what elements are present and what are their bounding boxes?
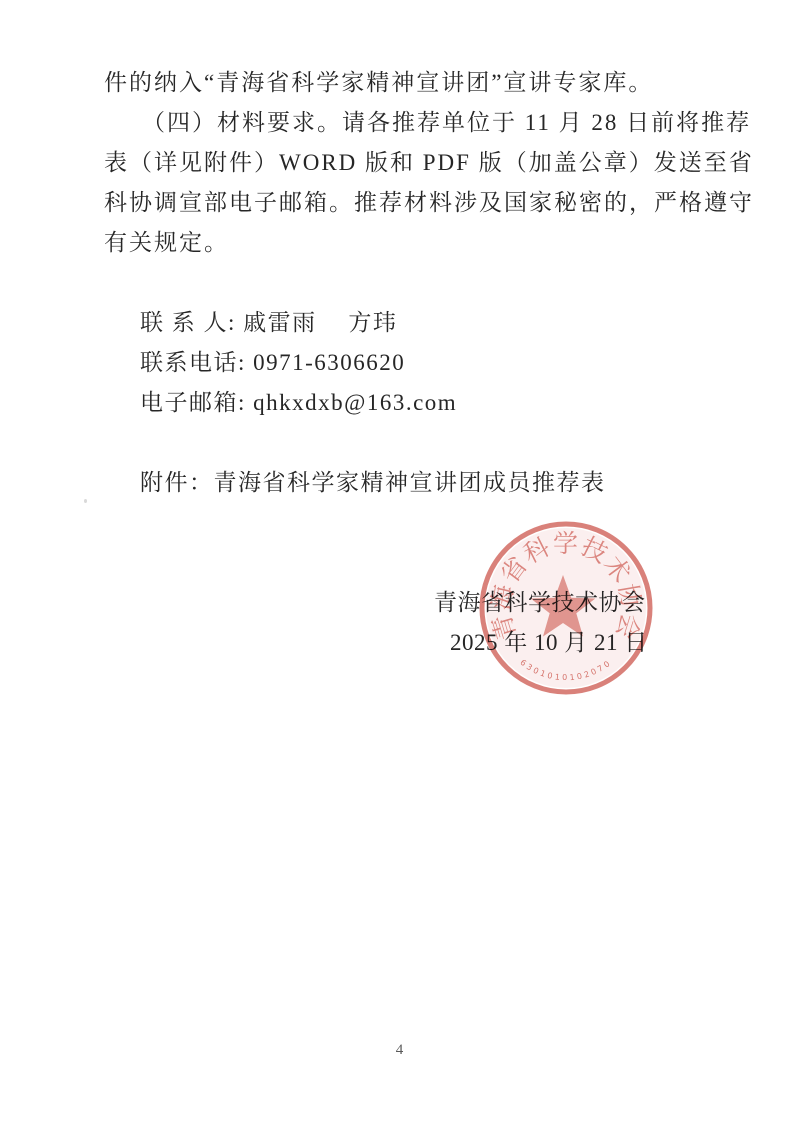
contact-phone-line: 联系电话: 0971-6306620 (104, 343, 704, 383)
document-body: 件的纳入“青海省科学家精神宣讲团”宣讲专家库。 （四）材料要求。请各推荐单位于 … (104, 63, 704, 663)
contact-email-line: 电子邮箱: qhkxdxb@163.com (104, 383, 704, 423)
contact-person-line: 联 系 人: 戚雷雨 方玮 (104, 303, 704, 343)
body-line: 表（详见附件）WORD 版和 PDF 版（加盖公章）发送至省 (104, 143, 704, 183)
page-number: 4 (0, 1042, 799, 1059)
blank-line (104, 423, 704, 463)
body-line: 件的纳入“青海省科学家精神宣讲团”宣讲专家库。 (104, 63, 704, 103)
blank-line (104, 263, 704, 303)
body-line: 科协调宣部电子邮箱。推荐材料涉及国家秘密的，严格遵守 (104, 183, 704, 223)
blank-line (104, 503, 704, 543)
body-line: 有关规定。 (104, 223, 704, 263)
scan-speck (84, 499, 87, 503)
document-page: 件的纳入“青海省科学家精神宣讲团”宣讲专家库。 （四）材料要求。请各推荐单位于 … (0, 0, 799, 1129)
signature-date: 2025 年 10 月 21 日 (104, 623, 704, 663)
blank-line (104, 543, 704, 583)
body-line: （四）材料要求。请各推荐单位于 11 月 28 日前将推荐 (104, 103, 704, 143)
signature-organization: 青海省科学技术协会 (104, 583, 704, 623)
attachment-line: 附件：青海省科学家精神宣讲团成员推荐表 (104, 463, 704, 503)
